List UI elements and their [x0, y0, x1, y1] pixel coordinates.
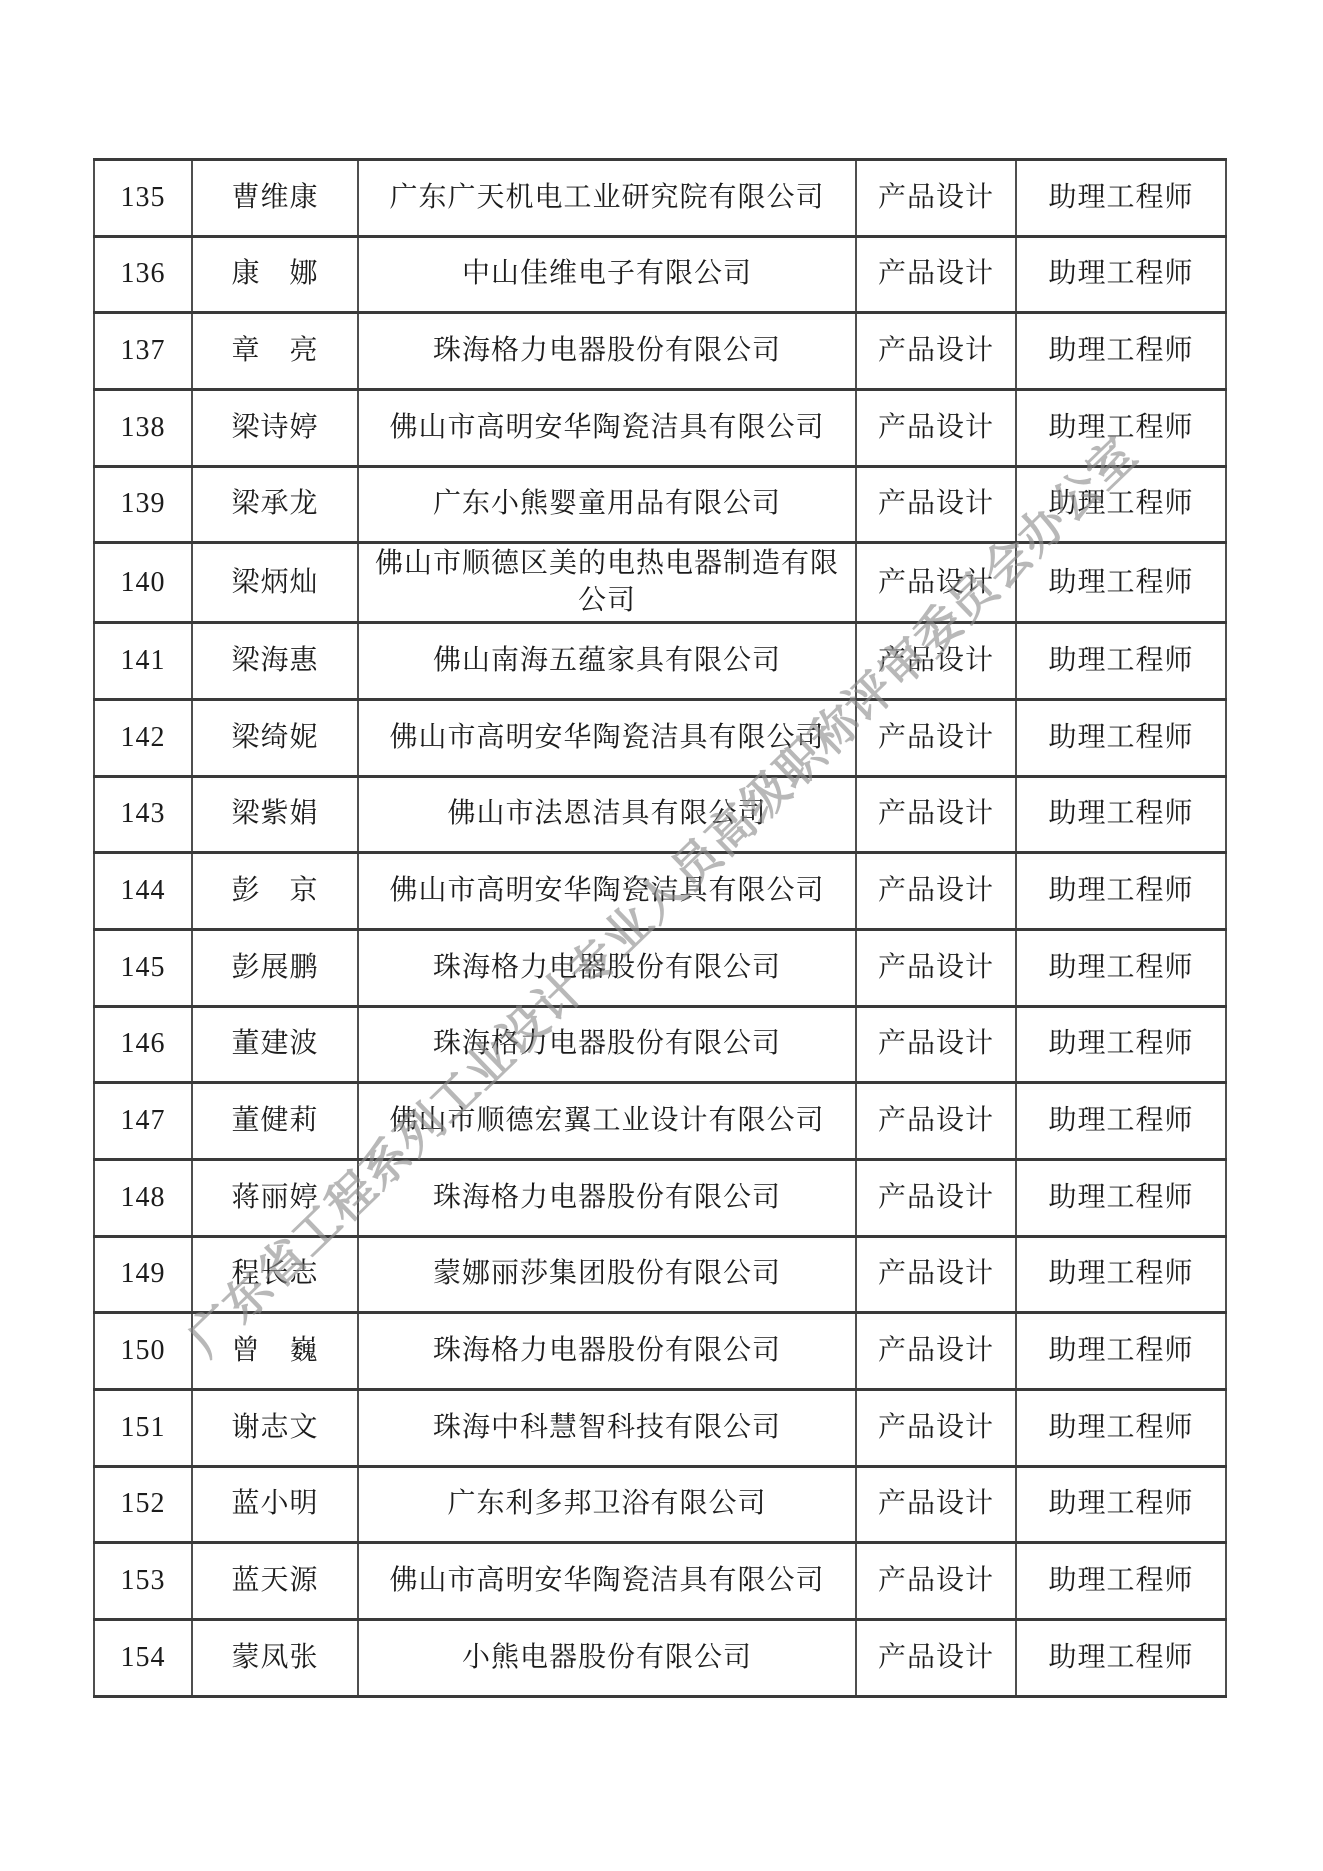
title-cell: 助理工程师: [1016, 853, 1226, 930]
category-cell: 产品设计: [856, 1390, 1016, 1467]
company-cell: 佛山市顺德宏翼工业设计有限公司: [358, 1083, 856, 1160]
name-cell: 梁诗婷: [192, 390, 358, 467]
name-cell: 梁炳灿: [192, 543, 358, 623]
serial-cell: 154: [94, 1620, 192, 1697]
name-cell: 梁承龙: [192, 466, 358, 543]
title-cell: 助理工程师: [1016, 1236, 1226, 1313]
name-cell: 康 娜: [192, 236, 358, 313]
name-cell: 蒋丽婷: [192, 1160, 358, 1237]
table-row: 142梁绮妮佛山市高明安华陶瓷洁具有限公司产品设计助理工程师: [94, 699, 1226, 776]
table-row: 138梁诗婷佛山市高明安华陶瓷洁具有限公司产品设计助理工程师: [94, 390, 1226, 467]
serial-cell: 148: [94, 1160, 192, 1237]
serial-cell: 146: [94, 1006, 192, 1083]
name-cell: 梁海惠: [192, 623, 358, 700]
table-row: 137章 亮珠海格力电器股份有限公司产品设计助理工程师: [94, 313, 1226, 390]
table-row: 147董健莉佛山市顺德宏翼工业设计有限公司产品设计助理工程师: [94, 1083, 1226, 1160]
company-cell: 珠海格力电器股份有限公司: [358, 1313, 856, 1390]
name-cell: 梁紫娟: [192, 776, 358, 853]
company-cell: 广东广天机电工业研究院有限公司: [358, 160, 856, 237]
serial-cell: 153: [94, 1543, 192, 1620]
category-cell: 产品设计: [856, 1160, 1016, 1237]
category-cell: 产品设计: [856, 466, 1016, 543]
title-cell: 助理工程师: [1016, 1160, 1226, 1237]
title-cell: 助理工程师: [1016, 236, 1226, 313]
table-row: 141梁海惠佛山南海五蕴家具有限公司产品设计助理工程师: [94, 623, 1226, 700]
table-row: 136康 娜中山佳维电子有限公司产品设计助理工程师: [94, 236, 1226, 313]
name-cell: 蓝小明: [192, 1466, 358, 1543]
company-cell: 佛山市高明安华陶瓷洁具有限公司: [358, 853, 856, 930]
category-cell: 产品设计: [856, 313, 1016, 390]
name-cell: 董健莉: [192, 1083, 358, 1160]
serial-cell: 135: [94, 160, 192, 237]
serial-cell: 144: [94, 853, 192, 930]
company-cell: 广东小熊婴童用品有限公司: [358, 466, 856, 543]
serial-cell: 145: [94, 929, 192, 1006]
title-cell: 助理工程师: [1016, 1083, 1226, 1160]
company-cell: 珠海格力电器股份有限公司: [358, 1160, 856, 1237]
company-cell: 珠海中科慧智科技有限公司: [358, 1390, 856, 1467]
company-cell: 佛山市法恩洁具有限公司: [358, 776, 856, 853]
table-row: 143梁紫娟佛山市法恩洁具有限公司产品设计助理工程师: [94, 776, 1226, 853]
name-cell: 程长志: [192, 1236, 358, 1313]
title-cell: 助理工程师: [1016, 1390, 1226, 1467]
title-cell: 助理工程师: [1016, 390, 1226, 467]
table-row: 145彭展鹏珠海格力电器股份有限公司产品设计助理工程师: [94, 929, 1226, 1006]
title-cell: 助理工程师: [1016, 1620, 1226, 1697]
company-cell: 佛山市高明安华陶瓷洁具有限公司: [358, 699, 856, 776]
category-cell: 产品设计: [856, 699, 1016, 776]
serial-cell: 138: [94, 390, 192, 467]
title-cell: 助理工程师: [1016, 1313, 1226, 1390]
serial-cell: 141: [94, 623, 192, 700]
name-cell: 曹维康: [192, 160, 358, 237]
category-cell: 产品设计: [856, 1466, 1016, 1543]
title-cell: 助理工程师: [1016, 1543, 1226, 1620]
serial-cell: 140: [94, 543, 192, 623]
roster-table-body: 135曹维康广东广天机电工业研究院有限公司产品设计助理工程师136康 娜中山佳维…: [94, 160, 1226, 1697]
category-cell: 产品设计: [856, 390, 1016, 467]
serial-cell: 151: [94, 1390, 192, 1467]
table-row: 149程长志蒙娜丽莎集团股份有限公司产品设计助理工程师: [94, 1236, 1226, 1313]
company-cell: 佛山市顺德区美的电热电器制造有限公司: [358, 543, 856, 623]
company-cell: 佛山市高明安华陶瓷洁具有限公司: [358, 390, 856, 467]
table-row: 140梁炳灿佛山市顺德区美的电热电器制造有限公司产品设计助理工程师: [94, 543, 1226, 623]
table-row: 146董建波珠海格力电器股份有限公司产品设计助理工程师: [94, 1006, 1226, 1083]
company-cell: 蒙娜丽莎集团股份有限公司: [358, 1236, 856, 1313]
company-cell: 佛山南海五蕴家具有限公司: [358, 623, 856, 700]
title-cell: 助理工程师: [1016, 1006, 1226, 1083]
table-row: 150曾 巍珠海格力电器股份有限公司产品设计助理工程师: [94, 1313, 1226, 1390]
title-cell: 助理工程师: [1016, 543, 1226, 623]
table-row: 153蓝天源佛山市高明安华陶瓷洁具有限公司产品设计助理工程师: [94, 1543, 1226, 1620]
title-cell: 助理工程师: [1016, 160, 1226, 237]
company-cell: 中山佳维电子有限公司: [358, 236, 856, 313]
table-row: 152蓝小明广东利多邦卫浴有限公司产品设计助理工程师: [94, 1466, 1226, 1543]
title-cell: 助理工程师: [1016, 313, 1226, 390]
serial-cell: 152: [94, 1466, 192, 1543]
table-row: 144彭 京佛山市高明安华陶瓷洁具有限公司产品设计助理工程师: [94, 853, 1226, 930]
category-cell: 产品设计: [856, 543, 1016, 623]
name-cell: 蒙凤张: [192, 1620, 358, 1697]
table-row: 148蒋丽婷珠海格力电器股份有限公司产品设计助理工程师: [94, 1160, 1226, 1237]
category-cell: 产品设计: [856, 1083, 1016, 1160]
document-page: 135曹维康广东广天机电工业研究院有限公司产品设计助理工程师136康 娜中山佳维…: [0, 0, 1323, 1871]
name-cell: 彭展鹏: [192, 929, 358, 1006]
roster-table: 135曹维康广东广天机电工业研究院有限公司产品设计助理工程师136康 娜中山佳维…: [93, 158, 1227, 1698]
category-cell: 产品设计: [856, 929, 1016, 1006]
table-row: 151谢志文珠海中科慧智科技有限公司产品设计助理工程师: [94, 1390, 1226, 1467]
serial-cell: 147: [94, 1083, 192, 1160]
name-cell: 梁绮妮: [192, 699, 358, 776]
title-cell: 助理工程师: [1016, 776, 1226, 853]
company-cell: 小熊电器股份有限公司: [358, 1620, 856, 1697]
serial-cell: 149: [94, 1236, 192, 1313]
category-cell: 产品设计: [856, 1620, 1016, 1697]
serial-cell: 139: [94, 466, 192, 543]
company-cell: 佛山市高明安华陶瓷洁具有限公司: [358, 1543, 856, 1620]
category-cell: 产品设计: [856, 853, 1016, 930]
category-cell: 产品设计: [856, 1313, 1016, 1390]
title-cell: 助理工程师: [1016, 466, 1226, 543]
category-cell: 产品设计: [856, 1543, 1016, 1620]
name-cell: 蓝天源: [192, 1543, 358, 1620]
company-cell: 广东利多邦卫浴有限公司: [358, 1466, 856, 1543]
serial-cell: 137: [94, 313, 192, 390]
title-cell: 助理工程师: [1016, 623, 1226, 700]
company-cell: 珠海格力电器股份有限公司: [358, 929, 856, 1006]
table-row: 154蒙凤张小熊电器股份有限公司产品设计助理工程师: [94, 1620, 1226, 1697]
title-cell: 助理工程师: [1016, 929, 1226, 1006]
title-cell: 助理工程师: [1016, 699, 1226, 776]
category-cell: 产品设计: [856, 160, 1016, 237]
table-row: 135曹维康广东广天机电工业研究院有限公司产品设计助理工程师: [94, 160, 1226, 237]
name-cell: 曾 巍: [192, 1313, 358, 1390]
serial-cell: 150: [94, 1313, 192, 1390]
category-cell: 产品设计: [856, 776, 1016, 853]
name-cell: 谢志文: [192, 1390, 358, 1467]
name-cell: 章 亮: [192, 313, 358, 390]
table-row: 139梁承龙广东小熊婴童用品有限公司产品设计助理工程师: [94, 466, 1226, 543]
company-cell: 珠海格力电器股份有限公司: [358, 1006, 856, 1083]
category-cell: 产品设计: [856, 1006, 1016, 1083]
serial-cell: 143: [94, 776, 192, 853]
category-cell: 产品设计: [856, 236, 1016, 313]
category-cell: 产品设计: [856, 1236, 1016, 1313]
category-cell: 产品设计: [856, 623, 1016, 700]
title-cell: 助理工程师: [1016, 1466, 1226, 1543]
company-cell: 珠海格力电器股份有限公司: [358, 313, 856, 390]
serial-cell: 136: [94, 236, 192, 313]
serial-cell: 142: [94, 699, 192, 776]
name-cell: 彭 京: [192, 853, 358, 930]
name-cell: 董建波: [192, 1006, 358, 1083]
